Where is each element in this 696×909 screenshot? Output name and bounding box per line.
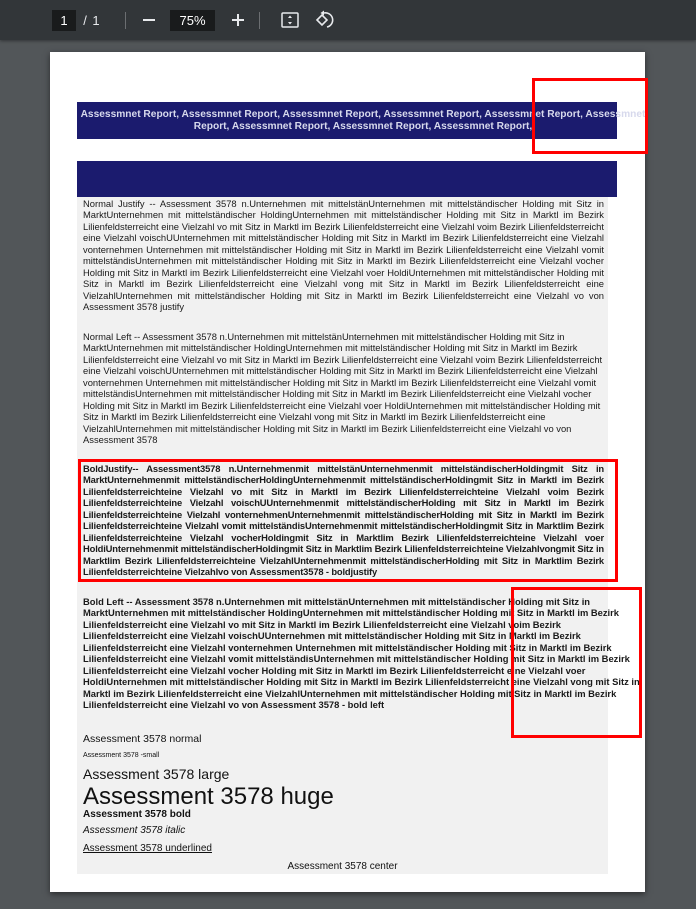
zoom-in-button[interactable] — [228, 9, 248, 31]
rotate-button[interactable] — [314, 9, 336, 31]
paragraph-normal-justify: Normal Justify -- Assessment 3578 n.Unte… — [83, 198, 604, 313]
sample-italic: Assessment 3578 italic — [83, 825, 185, 836]
paragraph-normal-left: Normal Left -- Assessment 3578 n.Unterne… — [83, 331, 604, 446]
sample-small: Assessment 3578 -small — [83, 752, 159, 759]
zoom-out-button[interactable] — [139, 9, 159, 31]
toolbar-divider — [125, 12, 126, 29]
annotation-box-header-overflow — [532, 78, 648, 154]
fit-to-page-button[interactable] — [280, 10, 300, 30]
zoom-level-input[interactable]: 75% — [170, 10, 215, 31]
minus-icon — [142, 13, 156, 27]
sample-normal: Assessment 3578 normal — [83, 733, 201, 745]
annotation-box-bold-left-overflow — [511, 587, 642, 738]
sample-underlined: Assessment 3578 underlined — [83, 843, 212, 854]
section-header-band — [77, 161, 617, 197]
pdf-toolbar: 1 / 1 75% — [0, 0, 696, 40]
annotation-box-bold-justify — [78, 459, 618, 582]
current-page-input[interactable]: 1 — [52, 10, 76, 31]
toolbar-divider — [259, 12, 260, 29]
total-pages: 1 — [90, 10, 102, 31]
fit-to-page-icon — [281, 12, 299, 28]
sample-bold: Assessment 3578 bold — [83, 809, 191, 820]
sample-center: Assessment 3578 center — [77, 861, 608, 872]
rotate-counterclockwise-icon — [315, 10, 335, 30]
sample-large: Assessment 3578 large — [83, 766, 229, 782]
sample-huge: Assessment 3578 huge — [83, 783, 334, 811]
plus-icon — [231, 13, 245, 27]
